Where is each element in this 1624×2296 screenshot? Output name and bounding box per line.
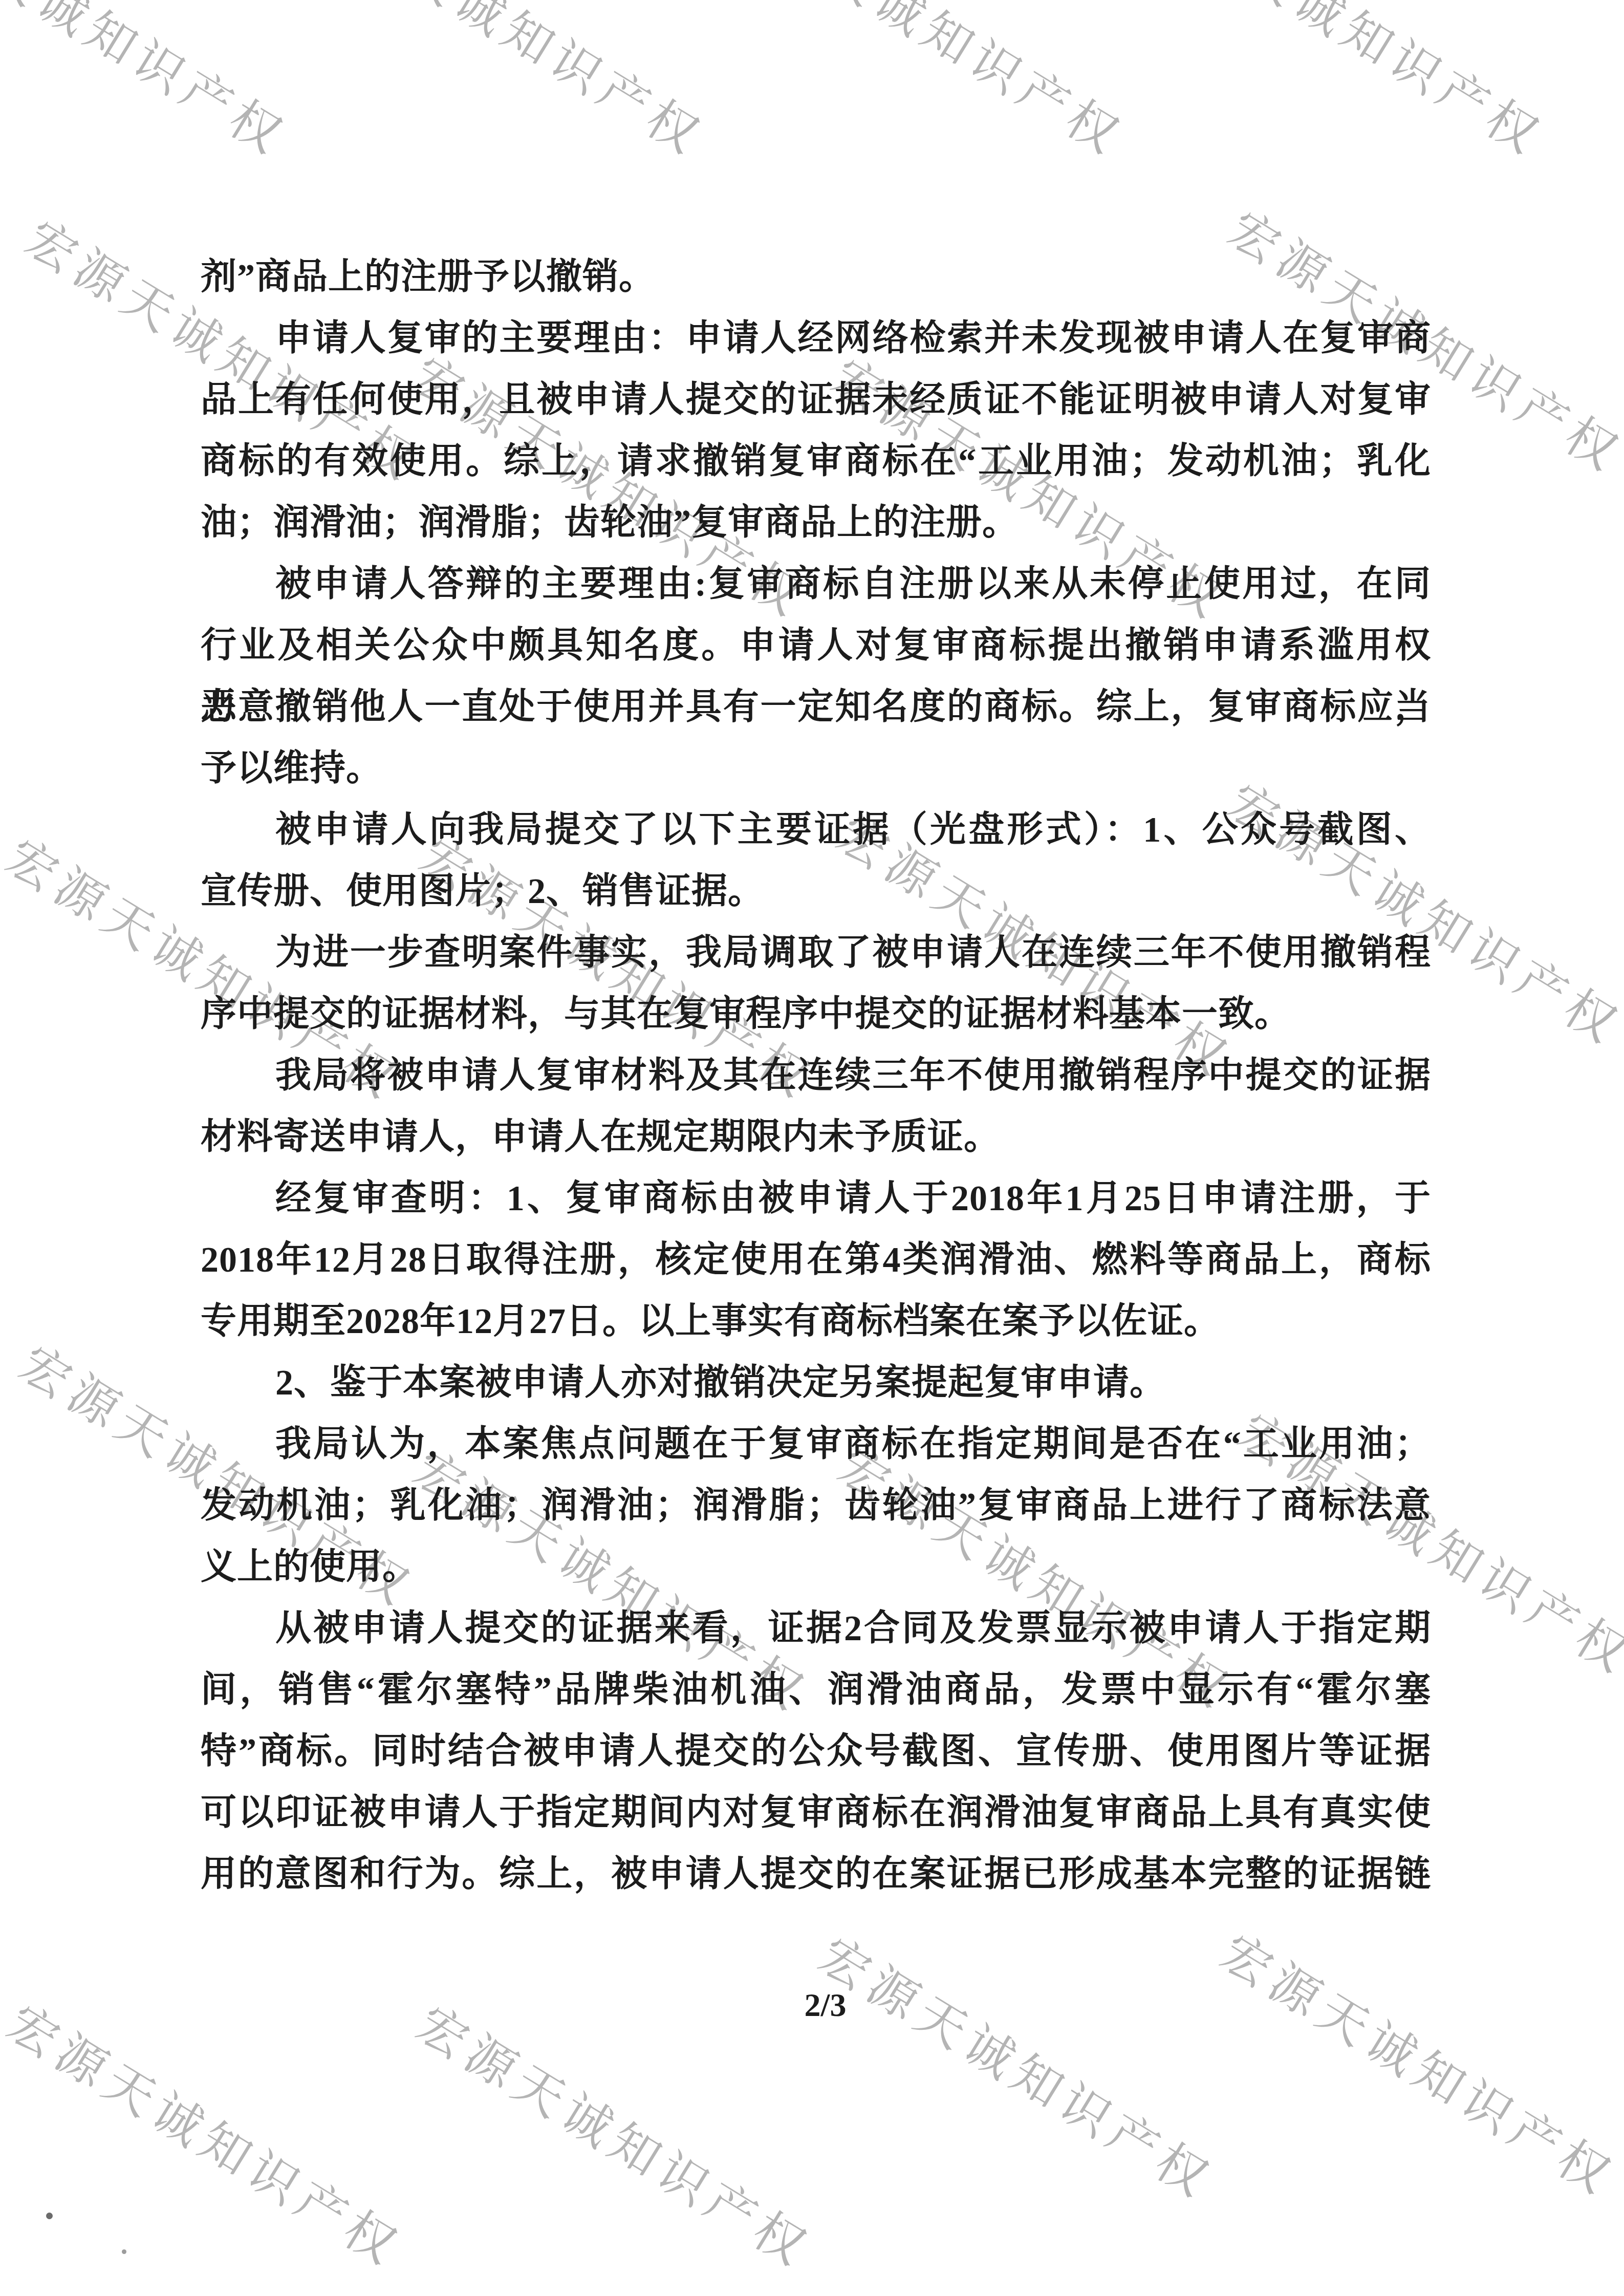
document-line: 专用期至2028年12月27日。以上事实有商标档案在案予以佐证。 (201, 1291, 1431, 1353)
document-page: 宏源天诚知识产权宏源天诚知识产权宏源天诚知识产权宏源天诚知识产权宏源天诚知识产权… (0, 0, 1624, 2296)
scan-speck (46, 2213, 53, 2219)
document-line: 2、鉴于本案被申请人亦对撤销决定另案提起复审申请。 (201, 1353, 1431, 1414)
watermark-text: 宏源天诚知识产权 (298, 0, 719, 170)
watermark-text: 宏源天诚知识产权 (1138, 0, 1558, 170)
document-line: 被申请人答辩的主要理由:复审商标自注册以来从未停止使用过，在同 (201, 554, 1431, 615)
document-line: 经复审查明：1、复审商标由被申请人于2018年1月25日申请注册，于 (201, 1168, 1431, 1230)
watermark-text: 宏源天诚知识产权 (0, 1985, 417, 2281)
watermark-text: 宏源天诚知识产权 (1209, 1915, 1624, 2210)
page-number: 2/3 (13, 1986, 1624, 2024)
scan-speck (122, 2249, 126, 2254)
document-line: 恶意撤销他人一直处于使用并具有一定知名度的商标。综上，复审商标应当 (201, 677, 1431, 738)
watermark-text: 宏源天诚知识产权 (808, 1918, 1228, 2213)
document-line: 我局将被申请人复审材料及其在连续三年不使用撤销程序中提交的证据 (201, 1045, 1431, 1107)
document-line: 可以印证被申请人于指定期间内对复审商标在润滑油复审商品上具有真实使 (201, 1783, 1431, 1844)
document-line: 材料寄送申请人，申请人在规定期限内未予质证。 (201, 1107, 1431, 1168)
document-line: 申请人复审的主要理由：申请人经网络检索并未发现被申请人在复审商 (201, 308, 1431, 370)
document-line: 行业及相关公众中颇具知名度。申请人对复审商标提出撤销申请系滥用权力， (201, 615, 1431, 677)
document-line: 为进一步查明案件事实，我局调取了被申请人在连续三年不使用撤销程 (201, 922, 1431, 984)
watermark-text: 宏源天诚知识产权 (718, 0, 1139, 170)
document-line: 发动机油；乳化油；润滑油；润滑脂；齿轮油”复审商品上进行了商标法意 (201, 1475, 1431, 1537)
document-body: 剂”商品上的注册予以撤销。申请人复审的主要理由：申请人经网络检索并未发现被申请人… (201, 247, 1431, 1905)
document-line: 品上有任何使用，且被申请人提交的证据未经质证不能证明被申请人对复审 (201, 370, 1431, 431)
document-line: 义上的使用。 (201, 1537, 1431, 1598)
document-line: 剂”商品上的注册予以撤销。 (201, 247, 1431, 308)
document-line: 2018年12月28日取得注册，核定使用在第4类润滑油、燃料等商品上，商标 (201, 1230, 1431, 1291)
document-line: 特”商标。同时结合被申请人提交的公众号截图、宣传册、使用图片等证据 (201, 1721, 1431, 1783)
document-line: 用的意图和行为。综上，被申请人提交的在案证据已形成基本完整的证据链 (201, 1844, 1431, 1905)
watermark-text: 宏源天诚知识产权 (405, 1986, 826, 2282)
document-line: 序中提交的证据材料，与其在复审程序中提交的证据材料基本一致。 (201, 984, 1431, 1045)
document-line: 我局认为，本案焦点问题在于复审商标在指定期间是否在“工业用油； (201, 1414, 1431, 1475)
document-line: 宣传册、使用图片；2、销售证据。 (201, 861, 1431, 922)
document-line: 予以维持。 (201, 738, 1431, 800)
document-line: 被申请人向我局提交了以下主要证据（光盘形式）：1、公众号截图、 (201, 800, 1431, 861)
document-line: 从被申请人提交的证据来看，证据2合同及发票显示被申请人于指定期 (201, 1598, 1431, 1660)
document-line: 商标的有效使用。综上，请求撤销复审商标在“工业用油；发动机油；乳化 (201, 431, 1431, 492)
document-line: 间，销售“霍尔塞特”品牌柴油机油、润滑油商品，发票中显示有“霍尔塞 (201, 1660, 1431, 1721)
watermark-text: 宏源天诚知识产权 (0, 0, 302, 170)
document-line: 油；润滑油；润滑脂；齿轮油”复审商品上的注册。 (201, 492, 1431, 554)
